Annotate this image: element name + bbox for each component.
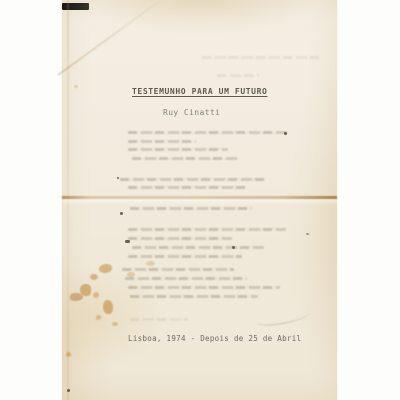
faint-text-line: [128, 237, 232, 240]
faint-text-line: [128, 131, 288, 134]
colophon-line: Lisboa, 1974 - Depois de 25 de Abril: [128, 334, 301, 343]
foxing-stain: [93, 292, 99, 298]
fold-crease-horizontal: [62, 196, 337, 199]
foxing-stain: [112, 322, 118, 326]
faint-text-line: [132, 246, 264, 249]
ink-speck: [232, 246, 235, 249]
foxing-stain: [96, 315, 101, 320]
foxing-stain: [70, 293, 83, 301]
foxing-stain: [74, 85, 78, 88]
faint-text-line: [132, 157, 238, 160]
foxing-stain: [127, 272, 135, 277]
document-page: TESTEMUNHO PARA UM FUTURO Ruy Cinatti Li…: [62, 0, 337, 400]
ink-speck: [67, 389, 70, 392]
ink-speck: [306, 233, 309, 235]
ghost-text-line: [202, 56, 320, 59]
ink-speck: [120, 212, 123, 215]
faint-text-line: [130, 295, 258, 298]
ink-speck: [125, 240, 130, 243]
faint-text-line: [128, 140, 196, 143]
foxing-stain: [103, 300, 113, 314]
faint-handwriting: [254, 306, 310, 328]
faint-text-line: [125, 277, 247, 280]
faint-text-line: [128, 286, 280, 289]
faint-text-line: [120, 178, 266, 181]
scan-background: TESTEMUNHO PARA UM FUTURO Ruy Cinatti Li…: [0, 0, 400, 400]
fold-crease-diagonal: [57, 0, 162, 76]
ink-speck: [117, 177, 119, 179]
ghost-text-line: [217, 74, 259, 77]
faint-text-line: [130, 207, 252, 210]
foxing-stain: [90, 274, 98, 280]
faint-date-line: [130, 318, 188, 321]
ink-speck: [284, 132, 287, 135]
faint-text-line: [128, 148, 228, 151]
foxing-stain: [66, 352, 71, 357]
faint-text-line: [128, 228, 286, 231]
foxing-stain: [99, 264, 112, 273]
foxing-stain: [146, 261, 155, 266]
poem-author: Ruy Cinatti: [163, 108, 220, 117]
faint-text-line: [122, 268, 234, 271]
faint-text-line: [128, 186, 246, 189]
faint-text-line: [128, 255, 242, 258]
poem-title: TESTEMUNHO PARA UM FUTURO: [132, 87, 267, 96]
